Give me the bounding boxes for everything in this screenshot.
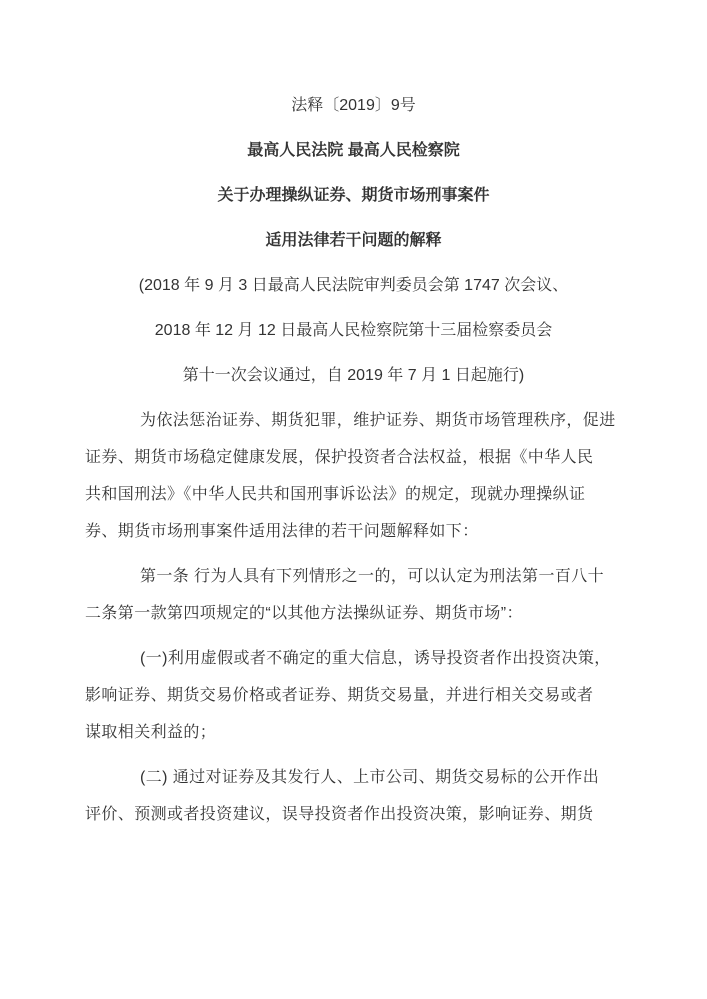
adoption-note-line-3: 第十一次会议通过，自 2019 年 7 月 1 日起施行) xyxy=(85,357,622,394)
doc-number-line: 法释〔2019〕9号 xyxy=(85,87,622,124)
adoption-note: (2018 年 9 月 3 日最高人民法院审判委员会第 1747 次会议、 20… xyxy=(85,267,622,394)
title-line-interpretation: 适用法律若干问题的解释 xyxy=(85,222,622,259)
body-paragraph-preamble: 为依法惩治证券、期货犯罪，维护证券、期货市场管理秩序，促进 证券、期货市场稳定健… xyxy=(85,402,622,550)
title-line-subject: 关于办理操纵证券、期货市场刑事案件 xyxy=(85,177,622,214)
body-paragraph-article-1: 第一条 行为人具有下列情形之一的，可以认定为刑法第一百八十 二条第一款第四项规定… xyxy=(85,558,622,632)
document-page: 法释〔2019〕9号 最高人民法院 最高人民检察院 关于办理操纵证券、期货市场刑… xyxy=(0,0,707,999)
adoption-note-line-2: 2018 年 12 月 12 日最高人民检察院第十三届检察委员会 xyxy=(85,312,622,349)
body-paragraph-item-2: (二) 通过对证券及其发行人、上市公司、期货交易标的公开作出 评价、预测或者投资… xyxy=(85,759,622,833)
title-line-issuers: 最高人民法院 最高人民检察院 xyxy=(85,132,622,169)
body-paragraph-item-1: (一)利用虚假或者不确定的重大信息，诱导投资者作出投资决策， 影响证券、期货交易… xyxy=(85,640,622,751)
adoption-note-line-1: (2018 年 9 月 3 日最高人民法院审判委员会第 1747 次会议、 xyxy=(85,267,622,304)
